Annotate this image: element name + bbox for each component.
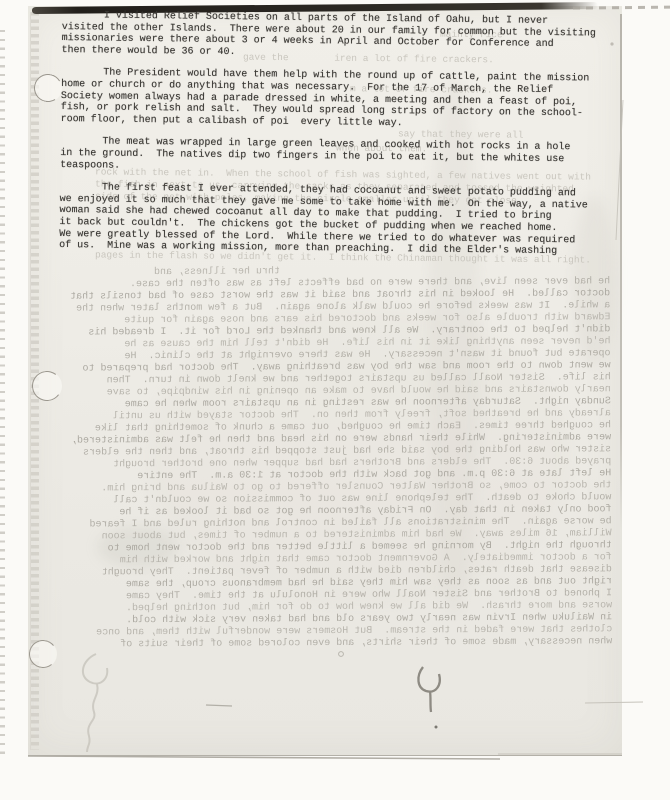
scanner-edge-perforation-marks — [0, 30, 5, 760]
paragraph: I visited Relief Societies on all parts … — [61, 10, 607, 63]
paragraph: The first feast I ever attended, they ha… — [59, 182, 605, 258]
page-top-edge-dashes — [573, 5, 670, 9]
typed-text-block: I visited Relief Societies on all parts … — [59, 10, 607, 269]
page-corner-crease — [585, 701, 643, 703]
paragraph: The President would have them help with … — [61, 67, 607, 132]
scan-background: { "palette": { "paper": "#efede7", "scan… — [0, 0, 670, 800]
page-bottom-edge-faint — [498, 753, 622, 755]
page-bottom-edge — [28, 756, 500, 759]
mirror-text-block: thru her illness, andhe had ever seen li… — [50, 264, 612, 651]
paragraph: The meat was wrapped in large green leav… — [60, 136, 605, 177]
page-right-edge — [620, 14, 622, 529]
